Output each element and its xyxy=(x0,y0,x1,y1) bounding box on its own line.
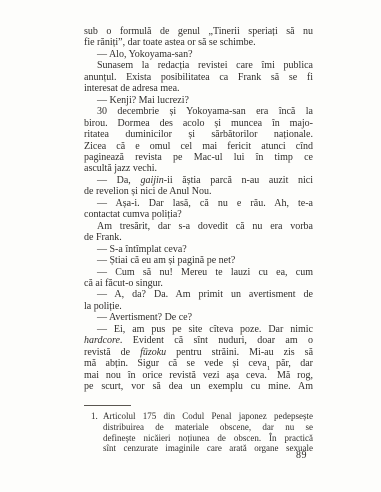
footnote-text: 1. Articolul 175 din Codul Penal japonez… xyxy=(84,411,313,454)
text-line: birou. Dormea des acolo și muncea în maj… xyxy=(84,118,313,129)
text-line: mai nou în orice revistă vezi așa ceva.1… xyxy=(84,370,313,381)
text-line: revistă de fūzoku pentru străini. Mi-au … xyxy=(84,347,313,358)
text-line: ascultă jazz vechi. xyxy=(84,163,313,174)
text-line: — Ei, am pus pe site cîteva poze. Dar ni… xyxy=(84,324,313,335)
text-line: — Da, gaijin-ii ăștia parcă n-au auzit n… xyxy=(84,175,313,186)
text-line: de revelion și nici de Anul Nou. xyxy=(84,186,313,197)
text-line: — S-a întîmplat ceva? xyxy=(84,244,313,255)
text-line: 30 decembrie și Yokoyama-san era încă la xyxy=(84,106,313,117)
footnote-rule xyxy=(84,405,131,406)
text-line: de Frank. xyxy=(84,232,313,243)
text-line: anunțul. Exista posibilitatea ca Frank s… xyxy=(84,72,313,83)
text-line: — Cum să nu! Mereu te lauzi cu ea, cum xyxy=(84,267,313,278)
footnote-line: definește nicăieri noțiunea de obscen. Î… xyxy=(103,433,313,444)
text-line: ritatea duminicilor și sărbătorilor nați… xyxy=(84,129,313,140)
text-line: hardcore. Evident că sînt nuduri, doar a… xyxy=(84,335,313,346)
footnote-number: 1. xyxy=(91,411,98,422)
text-line: că ai făcut-o singur. xyxy=(84,278,313,289)
text-line: pe scurt, vor să dea un exemplu cu mine.… xyxy=(84,381,313,392)
text-line: sub o formulă de genul „Tinerii speriați… xyxy=(84,26,313,37)
text-line: paginează revista pe Mac-ul lui în timp … xyxy=(84,152,313,163)
text-line: — Știai că eu am și pagină pe net? xyxy=(84,255,313,266)
footnote-line: distribuirea de materiale obscene, dar n… xyxy=(103,422,313,433)
text-line: Sunasem la redacția revistei care îmi pu… xyxy=(84,60,313,71)
page-number: 89 xyxy=(84,450,313,461)
text-line: — Așa-i. Dar lasă, că nu e rău. Ah, te-a xyxy=(84,198,313,209)
text-line: Zicea că e omul cel mai fericit atunci c… xyxy=(84,141,313,152)
text-line: contactat cumva poliția? xyxy=(84,209,313,220)
text-line: — Avertisment? De ce? xyxy=(84,312,313,323)
text-line: — Alo, Yokoyama-san? xyxy=(84,49,313,60)
text-line: — Kenji? Mai lucrezi? xyxy=(84,95,313,106)
book-page: sub o formulă de genul „Tinerii speriați… xyxy=(0,0,381,492)
text-line: — A, da? Da. Am primit un avertisment de xyxy=(84,289,313,300)
body-text: sub o formulă de genul „Tinerii speriați… xyxy=(84,26,313,393)
text-line: mă abțin. Sigur că se vede și ceva păr, … xyxy=(84,358,313,369)
text-line: interesat de adresa mea. xyxy=(84,83,313,94)
footnote-line: Articolul 175 din Codul Penal japonez pe… xyxy=(103,411,313,422)
text-line: fie răniți”, dar toate astea or să se sc… xyxy=(84,37,313,48)
footnote: 1. Articolul 175 din Codul Penal japonez… xyxy=(84,405,313,454)
text-line: la poliție. xyxy=(84,301,313,312)
text-line: Am tresărit, dar s-a dovedit că nu era v… xyxy=(84,221,313,232)
